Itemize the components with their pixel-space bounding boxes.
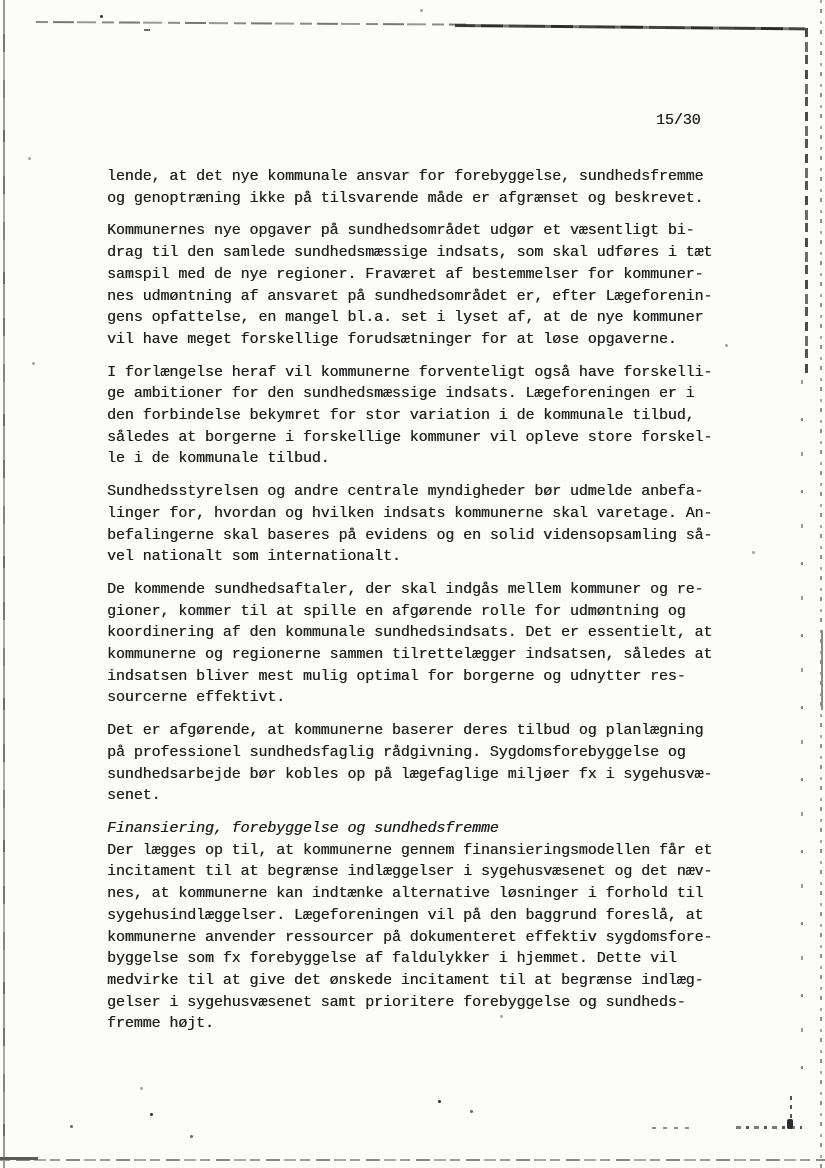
paragraph-1: lende, at det nye kommunale ansvar for f… <box>107 166 727 209</box>
document-body: lende, at det nye kommunale ansvar for f… <box>107 166 727 1046</box>
scan-edge-left <box>3 0 5 1168</box>
scan-edge-right-dotted <box>820 0 822 1168</box>
scan-speckle-blob <box>787 1119 793 1129</box>
scan-edge-bottom-dark <box>0 1157 38 1160</box>
scan-speck <box>470 1110 473 1113</box>
paragraph-3: I forlængelse heraf vil kommunerne forve… <box>107 362 727 471</box>
scan-speck <box>70 1125 73 1128</box>
scan-edge-right-solid <box>821 630 823 710</box>
paragraph-2: Kommunernes nye opgaver på sundhedsområd… <box>107 220 727 350</box>
scan-speck <box>28 157 31 160</box>
scan-speck <box>420 9 423 12</box>
scan-speck <box>190 1135 193 1138</box>
paragraph-5: De kommende sundhedsaftaler, der skal in… <box>107 579 727 709</box>
paragraph-7: Der lægges op til, at kommunerne gennem … <box>107 840 727 1035</box>
scan-speck <box>32 362 35 365</box>
scan-right-squiggle <box>805 28 808 378</box>
scan-speckle-row <box>736 1126 802 1129</box>
scan-right-sparse-dots <box>801 380 803 1100</box>
paragraph-4: Sundhedsstyrelsen og andre centrale mynd… <box>107 481 727 568</box>
scan-speck <box>100 15 103 18</box>
scan-speck <box>150 1113 153 1116</box>
scanned-document-page: 15/30 lende, at det nye kommunale ansvar… <box>0 0 825 1168</box>
scan-speck <box>144 29 150 31</box>
scan-top-line-dark <box>455 24 805 30</box>
scan-speck <box>140 1087 143 1090</box>
scan-speckle-row <box>652 1127 692 1129</box>
paragraph-6: Det er afgørende, at kommunerne baserer … <box>107 720 727 807</box>
scan-edge-bottom <box>0 1159 825 1161</box>
scan-speckle-vertical <box>790 1096 792 1130</box>
scan-top-line <box>36 21 466 26</box>
section-heading-finansiering: Finansiering, forebyggelse og sundhedsfr… <box>107 818 727 840</box>
scan-speck <box>752 551 755 554</box>
page-number: 15/30 <box>656 112 701 129</box>
scan-speck <box>438 1100 441 1103</box>
